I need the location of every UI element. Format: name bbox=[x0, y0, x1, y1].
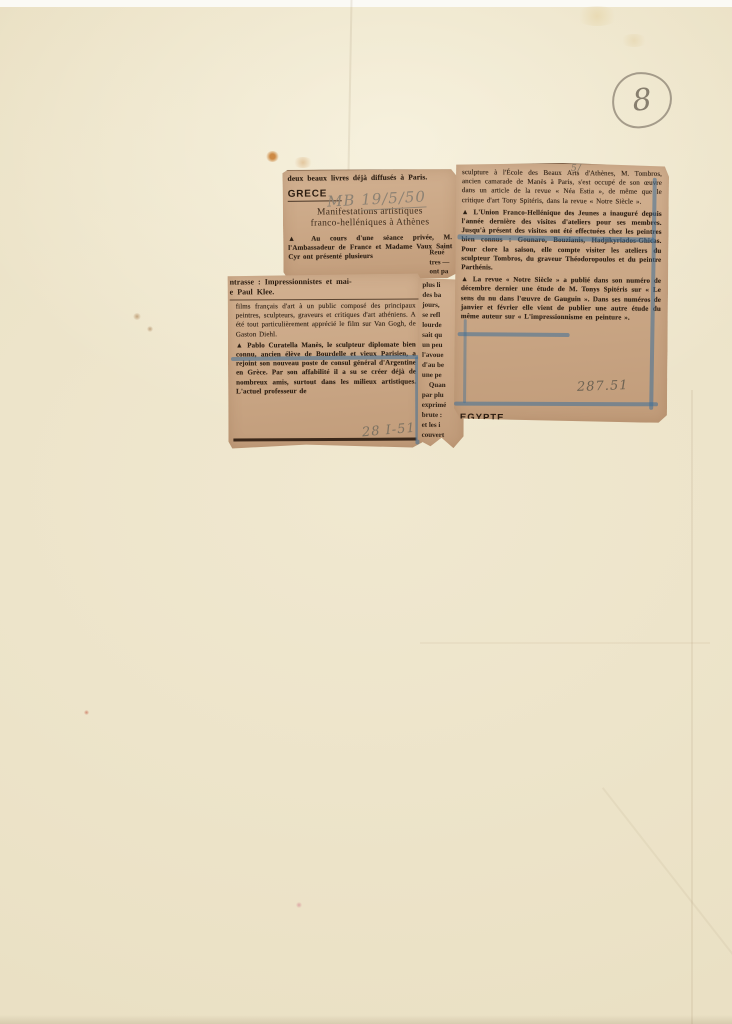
stain bbox=[296, 902, 302, 908]
stain bbox=[620, 34, 648, 47]
stain bbox=[133, 313, 141, 320]
fragment-line: Reué bbox=[429, 248, 449, 258]
crosshead-line2: e Paul Klee. bbox=[230, 286, 418, 296]
column-rule-thick bbox=[233, 438, 416, 442]
handwritten-reference-right: 287.51 bbox=[577, 378, 629, 395]
handwritten-date: MB 19/5/50 bbox=[327, 187, 427, 210]
films-paragraph: films français d'art à un public composé… bbox=[236, 302, 416, 340]
blue-pencil-line-vertical bbox=[463, 319, 467, 403]
fragment-line: et les i bbox=[422, 420, 464, 430]
headline-line2: franco-helléniques à Athènes bbox=[285, 217, 455, 230]
page-number-annotation: 8 bbox=[610, 69, 675, 130]
next-section-header-egypte: EGYPTE bbox=[460, 412, 505, 423]
sculpture-paragraph: sculpture à l'École des Beaux Arts d'Ath… bbox=[462, 168, 662, 207]
column-rule bbox=[230, 299, 420, 301]
scanner-edge-strip bbox=[0, 0, 732, 7]
pencil-mark-small: 5/ bbox=[571, 164, 582, 174]
intro-line: deux beaux livres déjà diffusés à Paris. bbox=[287, 173, 451, 184]
paper-crease bbox=[602, 787, 732, 1024]
stain bbox=[266, 151, 279, 162]
paper-crease bbox=[691, 390, 693, 1024]
blue-pencil-underline bbox=[458, 332, 570, 336]
handwritten-date-prefix: MB bbox=[327, 191, 356, 210]
blue-pencil-underline bbox=[454, 402, 658, 407]
handwritten-date-value: 19/5/50 bbox=[361, 187, 427, 210]
page-number-text: 8 bbox=[631, 82, 653, 119]
paper-crease bbox=[420, 642, 710, 644]
paper-crease bbox=[347, 0, 352, 172]
lead-paragraph: ▲ Au cours d'une séance privée, M. l'Amb… bbox=[288, 233, 452, 262]
revue-paragraph: ▲ La revue « Notre Siècle » a publié dan… bbox=[461, 275, 661, 323]
stain bbox=[147, 326, 153, 332]
torn-column-fragments-top: Reué tres — ont pa bbox=[429, 248, 449, 277]
fragment-line: couvert bbox=[422, 430, 464, 440]
clipping-piece-right: sculpture à l'École des Beaux Arts d'Ath… bbox=[454, 162, 669, 423]
stain bbox=[293, 157, 313, 168]
scanned-archive-page: 8 deux beaux livres déjà diffusés à Pari… bbox=[0, 0, 732, 1024]
fragment-line: tres — bbox=[429, 258, 449, 268]
fragment-line: ont pa bbox=[429, 267, 449, 277]
scan-bottom-shadow bbox=[0, 1015, 732, 1024]
manes-paragraph: ▲ Pablo Curatella Manès, le sculpteur di… bbox=[236, 340, 416, 396]
clipping-piece-top: deux beaux livres déjà diffusés à Paris.… bbox=[282, 168, 457, 280]
stain bbox=[84, 710, 89, 715]
stain bbox=[575, 6, 619, 26]
